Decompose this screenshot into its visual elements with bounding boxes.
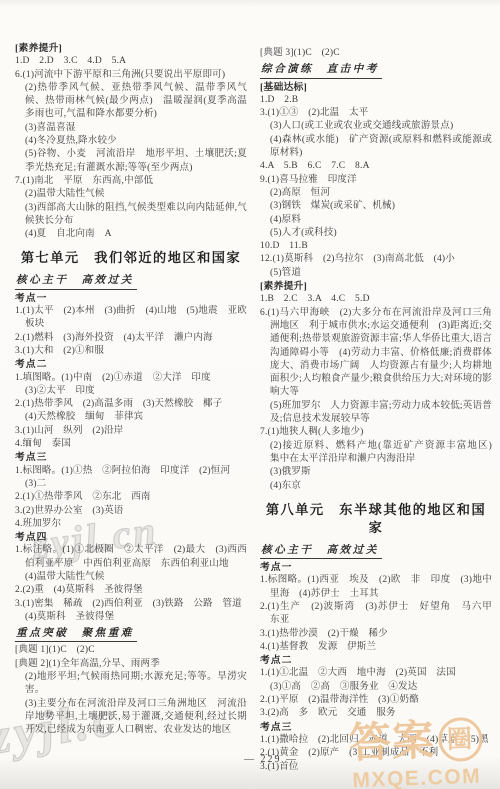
text-line: 2.(1)平原 (2)温带海洋性 (3)①奶酪 — [260, 694, 492, 707]
text-line: 第八单元 东半球其他的地区和国家 — [260, 501, 492, 537]
answer-item: 2.(1)生产 (2)波斯湾 (3)苏伊士 好望角 马六甲 东亚 — [260, 601, 492, 628]
text-line: (4)原料 — [260, 214, 492, 227]
kaodian-header: 考点二 — [15, 358, 247, 371]
kaodian-header: 考点四 — [15, 531, 247, 544]
text-line: 3.(2)高 多 欧元 交通 服务 — [260, 707, 492, 720]
text-line: 3.(1)热带沙漠 (2)干燥 稀少 — [260, 628, 492, 641]
answer-item: 1.(1)①北温 ②大西 地中海 (2)英国 法国(3)①高 ②高 ③服务业 ④… — [260, 667, 492, 694]
text-line: (4)森林(或水能) 矿产资源(或原料和燃料或能源或原材料) — [260, 134, 492, 161]
text-line: (4)夏 自北向南 A — [15, 228, 247, 241]
text-line: 1.(1)撒哈拉 (2)北回归 赤道 大西 (4)草原 (5)黑 — [260, 734, 492, 747]
text-line: 7.(1)南北 平原 东西高,中部低 — [15, 175, 247, 188]
text-line: (3)俄罗斯 — [260, 466, 492, 479]
answer-item: 4.缅甸 泰国 — [15, 438, 247, 451]
text-line: (3)主要分布在河流沿岸及河口三角洲地区 河流沿岸地势平坦,土壤肥沃,易于灌溉,… — [15, 698, 247, 738]
answer-item: 10.D 11.B — [260, 240, 492, 253]
answer-item: 3.(2)世界办公室 (3)英语 — [15, 505, 247, 518]
subsection-header: 重点突破 聚焦重难 — [15, 627, 247, 642]
text-line: 2.(1)①热带季风 ②东北 西南 — [15, 491, 247, 504]
text-line: 核心主干 高效过关 — [260, 544, 382, 559]
text-line: [典题 3](1)C (2)C — [260, 47, 492, 60]
answer-item: 3.(1)山河 纵列 (2)沿岸 — [15, 425, 247, 438]
section-title: 第八单元 东半球其他的地区和国家 — [260, 501, 492, 537]
text-line: 3.(2)世界办公室 (3)英语 — [15, 505, 247, 518]
answer-item: 1.标图略。(1)①热 ②阿拉伯海 印度洋 (2)恒河(3)二 — [15, 465, 247, 492]
two-column-layout: [素养提升]1.D 2.D 3.C 4.D 5.A6.(1)河流中下游平原和三角… — [0, 0, 500, 774]
text-line: 3.(1)大和 (2)①和服 — [15, 345, 247, 358]
text-line: 1.D 2.D 3.C 4.D 5.A — [15, 55, 247, 68]
subsection-header: 核心主干 高效过关 — [15, 274, 247, 289]
kaodian-header: 考点二 — [260, 654, 492, 667]
text-line: (4)温带大陆性气候 — [15, 571, 247, 584]
text-line: 12.(1)莫斯科 (2)乌拉尔 (3)南高北低 (4)小 — [260, 253, 492, 266]
answer-item: 4.(1)基督教 发源 伊斯兰 — [260, 641, 492, 654]
text-line: [典题 2](1)全年高温,分旱、雨两季 — [15, 658, 247, 671]
text-line: 1.标注略。(1)①北极圈 ②太平洋 (2)最大 (3)西西伯利亚平原 中西伯利… — [15, 544, 247, 571]
answer-key-page: zyjl.cn zyjl.c [素养提升]1.D 2.D 3.C 4.D 5.A… — [0, 0, 500, 789]
answer-item: 3.(1)①③ (2)北温 太平(3)人口(或工业或农业或交通线或旅游景点)(4… — [260, 107, 492, 160]
text-line: 第七单元 我们邻近的地区和国家 — [15, 249, 247, 267]
bracket-header: [素养提升] — [15, 42, 247, 55]
text-line: 4.缅甸 泰国 — [15, 438, 247, 451]
answer-item: 3.(1)密集 稀疏 (2)西伯利亚 (3)铁路 公路 管道(4)莫斯科 圣彼得… — [15, 598, 247, 625]
answer-item: 2.(1)燃料 (3)海外投资 (4)太平洋 濑户内海 — [15, 332, 247, 345]
text-line: 考点二 — [260, 654, 492, 667]
text-line: 3.(1)密集 稀疏 (2)西伯利亚 (3)铁路 公路 管道 — [15, 598, 247, 611]
kaodian-header: 考点三 — [260, 721, 492, 734]
text-line: (4)冬冷夏热,降水较少 — [15, 135, 247, 148]
subsection-header: 综合演练 直击中考 — [260, 63, 492, 78]
answer-item: 4.班加罗尔 — [15, 518, 247, 531]
text-line: 2.(1)燃料 (3)海外投资 (4)太平洋 濑户内海 — [15, 332, 247, 345]
answer-item: 2.(1)平原 (2)温带海洋性 (3)①奶酪 — [260, 694, 492, 707]
answer-item: 2.(1)①热带季风 ②东北 西南 — [15, 491, 247, 504]
text-line: 1.(1)太平 (2)本州 (3)曲折 (4)山地 (5)地震 亚欧板块 — [15, 305, 247, 332]
text-line: 2.(2)重 (4)莫斯科 圣彼得堡 — [15, 584, 247, 597]
answer-item: 7.(1)地狭人稠(人多地少)(2)接近原料、燃料产地(靠近矿产资源丰富地区) … — [260, 426, 492, 492]
text-line: (3)人口(或工业或农业或交通线或旅游景点) — [260, 120, 492, 133]
text-line: 3.(1)山河 纵列 (2)沿岸 — [15, 425, 247, 438]
text-line: 9.(1)喜马拉雅 印度洋 — [260, 174, 492, 187]
text-line: 1.B 2.C 3.A 4.C 5.D — [260, 293, 492, 306]
left-column: [素养提升]1.D 2.D 3.C 4.D 5.A6.(1)河流中下游平原和三角… — [15, 42, 247, 774]
bracket-header: [素养提升] — [260, 280, 492, 293]
text-line: 考点三 — [260, 721, 492, 734]
text-line: 3.(1)①③ (2)北温 太平 — [260, 107, 492, 120]
answer-item: 6.(1)河流中下游平原和三角洲(只要说出平原即可)(2)热带季风气候、亚热带季… — [15, 69, 247, 175]
kaodian-header: 考点三 — [15, 451, 247, 464]
text-line: (4)东京 — [260, 480, 492, 493]
subsection-header: 核心主干 高效过关 — [260, 544, 492, 559]
kaodian-header: 考点一 — [260, 561, 492, 574]
text-line: (4)莫斯科 圣彼得堡 — [15, 611, 247, 624]
text-line: (5)班加罗尔 人力资源丰富;劳动力成本较低;英语普及;信息技术发展较早等 — [260, 400, 492, 427]
answer-item: 4.A 5.B 6.C 7.C 8.A — [260, 160, 492, 173]
text-line: (2)接近原料、燃料产地(靠近矿产资源丰富地区) 集中在太平洋沿岸和濑户内海沿岸 — [260, 440, 492, 467]
answer-item: 1.标注略。(1)①北极圈 ②太平洋 (2)最大 (3)西西伯利亚平原 中西伯利… — [15, 544, 247, 584]
text-line: 1.标图略。(1)西亚 埃及 (2)欧 非 印度 (3)地中 里海 (4)苏伊士… — [260, 574, 492, 601]
answer-item: 3.(1)大和 (2)①和服 — [15, 345, 247, 358]
text-line: 1.(1)①北温 ②大西 地中海 (2)英国 法国 — [260, 667, 492, 680]
text-line: (5)人才(或科技) — [260, 227, 492, 240]
text-line: (3)②太平 印度 — [15, 385, 247, 398]
text-line: 1.填图略。(1)中南 (2)①赤道 ②大洋 印度 — [15, 372, 247, 385]
answer-item: 1.(1)撒哈拉 (2)北回归 赤道 大西 (4)草原 (5)黑 — [260, 734, 492, 747]
text-line: 考点三 — [15, 451, 247, 464]
text-line: (2)温带大陆性气候 — [15, 188, 247, 201]
text-line: 1.标图略。(1)①热 ②阿拉伯海 印度洋 (2)恒河 — [15, 465, 247, 478]
answer-item: 1.(1)太平 (2)本州 (3)曲折 (4)山地 (5)地震 亚欧板块 — [15, 305, 247, 332]
section-title: 第七单元 我们邻近的地区和国家 — [15, 249, 247, 267]
answer-item: 12.(1)莫斯科 (2)乌拉尔 (3)南高北低 (4)小(5)管道 — [260, 253, 492, 280]
answer-item: [典题 3](1)C (2)C — [260, 47, 492, 60]
text-line: [基础达标] — [260, 81, 492, 94]
text-line: (3)钢铁 煤炭(或采矿、机械) — [260, 200, 492, 213]
kaodian-header: 考点一 — [15, 292, 247, 305]
text-line: (5)管道 — [260, 267, 492, 280]
bracket-header: [基础达标] — [260, 81, 492, 94]
text-line: 2.(1)生产 (2)波斯湾 (3)苏伊士 好望角 马六甲 东亚 — [260, 601, 492, 628]
right-column: [典题 3](1)C (2)C综合演练 直击中考[基础达标]1.D 2.B3.(… — [260, 47, 492, 774]
answer-item: 7.(1)南北 平原 东西高,中部低(2)温带大陆性气候(3)西部高大山脉的阻挡… — [15, 175, 247, 241]
text-line: 核心主干 高效过关 — [15, 274, 137, 289]
answer-item: 9.(1)喜马拉雅 印度洋(2)高原 恒河(3)钢铁 煤炭(或采矿、机械)(4)… — [260, 174, 492, 240]
text-line: 考点一 — [15, 292, 247, 305]
answer-item: [典题 1](1)C (2)C — [15, 644, 247, 657]
text-line: 重点突破 聚焦重难 — [15, 627, 137, 642]
text-line: 考点四 — [15, 531, 247, 544]
text-line: 7.(1)地狭人稠(人多地少) — [260, 426, 492, 439]
answer-item: 1.标图略。(1)西亚 埃及 (2)欧 非 印度 (3)地中 里海 (4)苏伊士… — [260, 574, 492, 601]
text-line: 考点二 — [15, 358, 247, 371]
text-line: 10.D 11.B — [260, 240, 492, 253]
answer-item: 1.D 2.D 3.C 4.D 5.A — [15, 55, 247, 68]
text-line: 4.班加罗尔 — [15, 518, 247, 531]
text-line: [素养提升] — [260, 280, 492, 293]
text-line: (3)①高 ②高 ③服务业 ④发达 — [260, 681, 492, 694]
text-line: (3)西部高大山脉的阻挡,气候类型难以向内陆延伸,气候狭长分布 — [15, 202, 247, 229]
answer-item: 1.填图略。(1)中南 (2)①赤道 ②大洋 印度(3)②太平 印度 — [15, 372, 247, 399]
text-line: (2)高原 恒河 — [260, 187, 492, 200]
text-line: 综合演练 直击中考 — [260, 63, 382, 78]
page-number: — 229 — — [244, 754, 298, 765]
text-line: 1.D 2.B — [260, 94, 492, 107]
text-line: 2.(1)热带季风 (2)高温多雨 (3)天然橡胶 椰子 — [15, 398, 247, 411]
text-line: [典题 1](1)C (2)C — [15, 644, 247, 657]
answer-item: 2.(1)热带季风 (2)高温多雨 (3)天然橡胶 椰子(4)天然橡胶 缅甸 菲… — [15, 398, 247, 425]
text-line: 6.(1)马六甲海峡 (2)大多分布在河流沿岸及河口三角洲地区 利于城市供水;水… — [260, 307, 492, 400]
answer-item: 2.(2)重 (4)莫斯科 圣彼得堡 — [15, 584, 247, 597]
text-line: 考点一 — [260, 561, 492, 574]
text-line: (2)热带季风气候、亚热带季风气候、温带季风气候、热带雨林气候(最少两点) 温暖… — [15, 82, 247, 122]
text-line: (3)二 — [15, 478, 247, 491]
text-line: (3)喜温喜湿 — [15, 122, 247, 135]
answer-item: 6.(1)马六甲海峡 (2)大多分布在河流沿岸及河口三角洲地区 利于城市供水;水… — [260, 307, 492, 427]
text-line: (5)谷物、小麦 河流沿岸 地形平坦、土壤肥沃;夏季光热充足;有灌溉水源;等等(… — [15, 148, 247, 175]
text-line: 4.(1)基督教 发源 伊斯兰 — [260, 641, 492, 654]
text-line: [素养提升] — [15, 42, 247, 55]
text-line: (2)地形平坦;气候雨热同期;水源充足;等等。旱涝灾害。 — [15, 671, 247, 698]
text-line: 6.(1)河流中下游平原和三角洲(只要说出平原即可) — [15, 69, 247, 82]
text-line: 4.A 5.B 6.C 7.C 8.A — [260, 160, 492, 173]
text-line: (4)天然橡胶 缅甸 菲律宾 — [15, 411, 247, 424]
answer-item: 1.B 2.C 3.A 4.C 5.D — [260, 293, 492, 306]
answer-item: 3.(2)高 多 欧元 交通 服务 — [260, 707, 492, 720]
answer-item: 1.D 2.B — [260, 94, 492, 107]
answer-item: 3.(1)热带沙漠 (2)干燥 稀少 — [260, 628, 492, 641]
answer-item: [典题 2](1)全年高温,分旱、雨两季(2)地形平坦;气候雨热同期;水源充足;… — [15, 658, 247, 738]
